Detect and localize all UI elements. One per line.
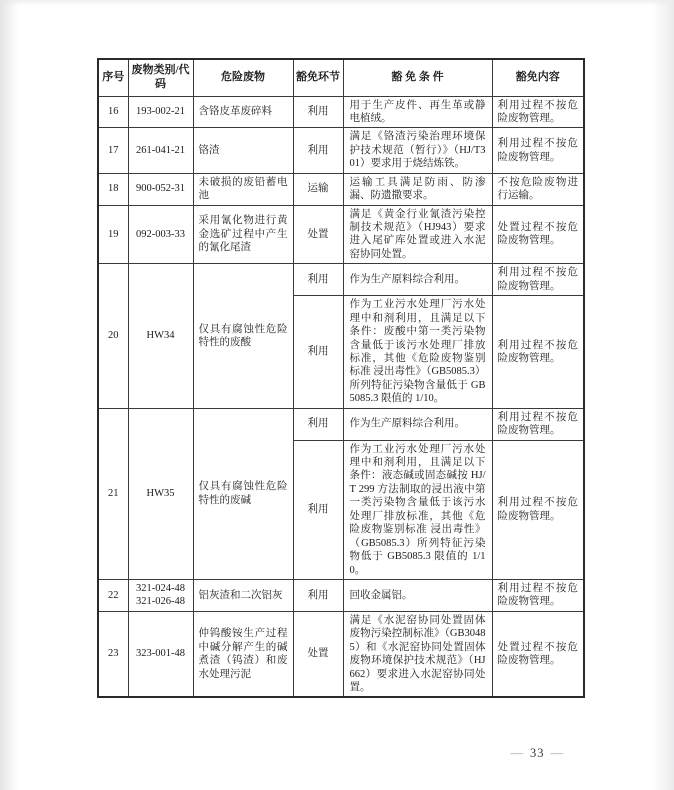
- content-cell: 不按危险废物进行运输。: [492, 173, 584, 205]
- content-cell: 利用过程不按危险废物管理。: [492, 264, 584, 296]
- code-cell: HW34: [128, 264, 193, 408]
- table-row: 16 193-002-21 含铬皮革废碎料 利用 用于生产皮件、再生革或静电植绒…: [98, 96, 584, 128]
- content-cell: 利用过程不按危险废物管理。: [492, 96, 584, 128]
- header-seq: 序号: [98, 59, 128, 96]
- seq-cell: 20: [98, 264, 128, 408]
- waste-cell: 仅具有腐蚀性危险特性的废酸: [193, 264, 293, 408]
- stage-cell: 利用: [293, 296, 343, 409]
- code-cell: 261-041-21: [128, 128, 193, 173]
- code-cell: 193-002-21: [128, 96, 193, 128]
- content-cell: 利用过程不按危险废物管理。: [492, 579, 584, 611]
- content-cell: 处置过程不按危险废物管理。: [492, 611, 584, 697]
- header-content: 豁免内容: [492, 59, 584, 96]
- header-category-code: 废物类别/代码: [128, 59, 193, 96]
- stage-cell: 利用: [293, 408, 343, 440]
- seq-cell: 22: [98, 579, 128, 611]
- stage-cell: 利用: [293, 96, 343, 128]
- stage-cell: 利用: [293, 579, 343, 611]
- stage-cell: 处置: [293, 205, 343, 264]
- seq-cell: 18: [98, 173, 128, 205]
- condition-cell: 满足《黄金行业氰渣污染控制技术规范》（HJ943）要求进入尾矿库处置或进入水泥窑…: [343, 205, 492, 264]
- table-row: 23 323-001-48 仲钨酸铵生产过程中碱分解产生的碱煮渣（钨渣）和废水处…: [98, 611, 584, 697]
- header-condition: 豁 免 条 件: [343, 59, 492, 96]
- table-body: 16 193-002-21 含铬皮革废碎料 利用 用于生产皮件、再生革或静电植绒…: [98, 96, 584, 697]
- content-cell: 利用过程不按危险废物管理。: [492, 128, 584, 173]
- content-cell: 利用过程不按危险废物管理。: [492, 408, 584, 440]
- table-row: 20 HW34 仅具有腐蚀性危险特性的废酸 利用 作为生产原料综合利用。 利用过…: [98, 264, 584, 296]
- condition-cell: 运输工具满足防雨、防渗漏、防遗撒要求。: [343, 173, 492, 205]
- waste-cell: 仲钨酸铵生产过程中碱分解产生的碱煮渣（钨渣）和废水处理污泥: [193, 611, 293, 697]
- header-waste: 危险废物: [193, 59, 293, 96]
- waste-cell: 仅具有腐蚀性危险特性的废碱: [193, 408, 293, 579]
- code-cell: 321-024-48 321-026-48: [128, 579, 193, 611]
- code-cell: 900-052-31: [128, 173, 193, 205]
- code-cell: 323-001-48: [128, 611, 193, 697]
- code-cell: 092-003-33: [128, 205, 193, 264]
- waste-cell: 采用氰化物进行黄金选矿过程中产生的氰化尾渣: [193, 205, 293, 264]
- seq-cell: 21: [98, 408, 128, 579]
- seq-cell: 16: [98, 96, 128, 128]
- page-number: —33—: [505, 746, 571, 761]
- table-row: 19 092-003-33 采用氰化物进行黄金选矿过程中产生的氰化尾渣 处置 满…: [98, 205, 584, 264]
- stage-cell: 处置: [293, 611, 343, 697]
- exemption-table: 序号 废物类别/代码 危险废物 豁免环节 豁 免 条 件 豁免内容 16 193…: [97, 58, 585, 698]
- code-cell: HW35: [128, 408, 193, 579]
- waste-cell: 未破损的废铅蓄电池: [193, 173, 293, 205]
- content-cell: 利用过程不按危险废物管理。: [492, 440, 584, 579]
- condition-cell: 作为工业污水处理厂污水处理中和剂利用，且满足以下条件：废酸中第一类污染物含量低于…: [343, 296, 492, 409]
- document-page: { "page_footer": { "left_dash": "—", "nu…: [0, 0, 674, 790]
- table-row: 18 900-052-31 未破损的废铅蓄电池 运输 运输工具满足防雨、防渗漏、…: [98, 173, 584, 205]
- table-row: 22 321-024-48 321-026-48 铝灰渣和二次铝灰 利用 回收金…: [98, 579, 584, 611]
- header-stage: 豁免环节: [293, 59, 343, 96]
- waste-cell: 铬渣: [193, 128, 293, 173]
- condition-cell: 满足《铬渣污染治理环境保护技术规范（暂行）》（HJ/T301）要求用于烧结炼铁。: [343, 128, 492, 173]
- seq-cell: 19: [98, 205, 128, 264]
- stage-cell: 利用: [293, 440, 343, 579]
- condition-cell: 作为生产原料综合利用。: [343, 264, 492, 296]
- page-number-dash-right: —: [545, 746, 571, 760]
- condition-cell: 回收金属铝。: [343, 579, 492, 611]
- table-row: 21 HW35 仅具有腐蚀性危险特性的废碱 利用 作为生产原料综合利用。 利用过…: [98, 408, 584, 440]
- page-number-dash-left: —: [505, 746, 531, 760]
- stage-cell: 利用: [293, 264, 343, 296]
- waste-cell: 含铬皮革废碎料: [193, 96, 293, 128]
- code-line-1: 321-024-48: [130, 582, 192, 595]
- table-row: 17 261-041-21 铬渣 利用 满足《铬渣污染治理环境保护技术规范（暂行…: [98, 128, 584, 173]
- stage-cell: 运输: [293, 173, 343, 205]
- stage-cell: 利用: [293, 128, 343, 173]
- condition-cell: 作为工业污水处理厂污水处理中和剂利用，且满足以下条件：液态碱或固态碱按 HJ/T…: [343, 440, 492, 579]
- header-row: 序号 废物类别/代码 危险废物 豁免环节 豁 免 条 件 豁免内容: [98, 59, 584, 96]
- code-line-2: 321-026-48: [130, 595, 192, 608]
- condition-cell: 用于生产皮件、再生革或静电植绒。: [343, 96, 492, 128]
- page-number-value: 33: [530, 746, 545, 760]
- condition-cell: 作为生产原料综合利用。: [343, 408, 492, 440]
- condition-cell: 满足《水泥窑协同处置固体废物污染控制标准》（GB30485）和《水泥窑协同处置固…: [343, 611, 492, 697]
- waste-cell: 铝灰渣和二次铝灰: [193, 579, 293, 611]
- page-edge-shadow-right: [652, 0, 674, 790]
- seq-cell: 23: [98, 611, 128, 697]
- content-cell: 利用过程不按危险废物管理。: [492, 296, 584, 409]
- content-cell: 处置过程不按危险废物管理。: [492, 205, 584, 264]
- table-header: 序号 废物类别/代码 危险废物 豁免环节 豁 免 条 件 豁免内容: [98, 59, 584, 96]
- page-edge-shadow-left: [0, 0, 18, 790]
- seq-cell: 17: [98, 128, 128, 173]
- page-edge-shadow-top: [0, 0, 674, 6]
